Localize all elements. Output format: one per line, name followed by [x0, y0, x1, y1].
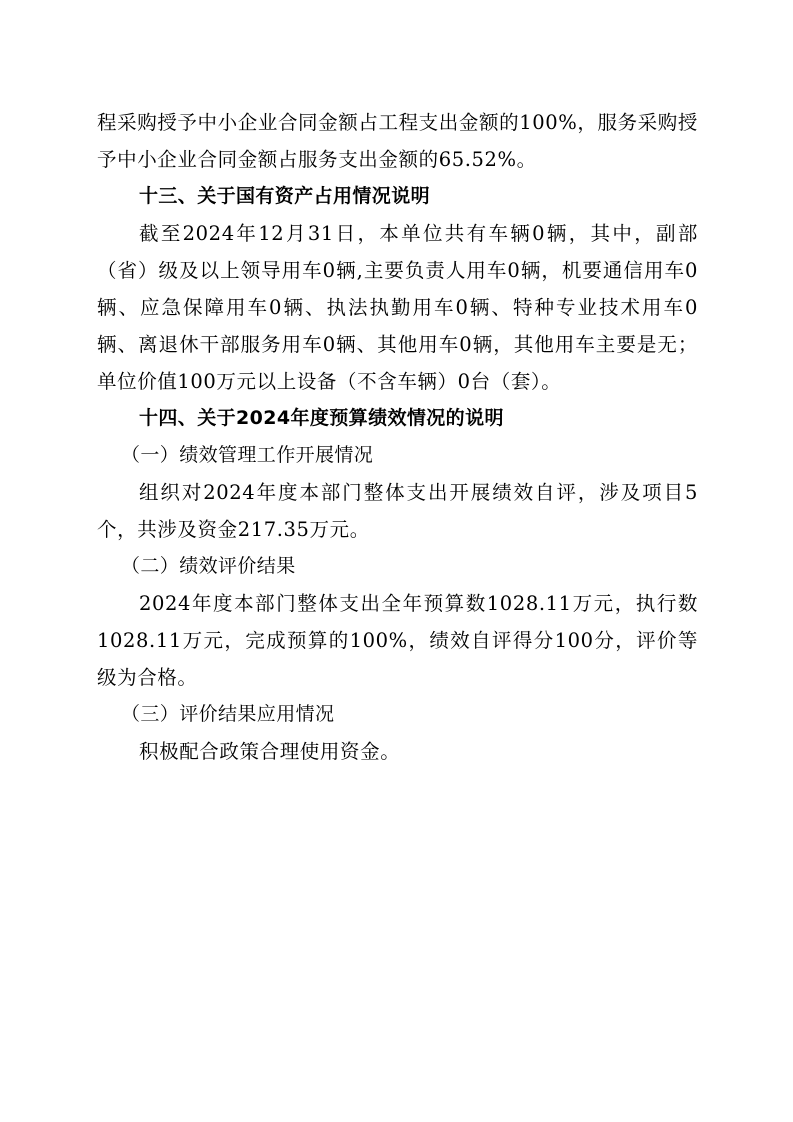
- paragraph-self-evaluation: 组织对2024年度本部门整体支出开展绩效自评，涉及项目5个，共涉及资金217.3…: [97, 474, 698, 548]
- paragraph-vehicles-equipment: 截至2024年12月31日，本单位共有车辆0辆，其中，副部（省）级及以上领导用车…: [97, 215, 698, 400]
- paragraph-budget-execution: 2024年度本部门整体支出全年预算数1028.11万元，执行数1028.11万元…: [97, 585, 698, 696]
- paragraph-fund-usage: 积极配合政策合理使用资金。: [97, 733, 698, 770]
- subheading-results-application: （三）评价结果应用情况: [97, 696, 698, 733]
- paragraph-procurement-continuation: 程采购授予中小企业合同金额占工程支出金额的100%，服务采购授予中小企业合同金额…: [97, 104, 698, 178]
- subheading-performance-management: （一）绩效管理工作开展情况: [97, 437, 698, 474]
- heading-budget-performance: 十四、关于2024年度预算绩效情况的说明: [97, 400, 698, 437]
- document-page: 程采购授予中小企业合同金额占工程支出金额的100%，服务采购授予中小企业合同金额…: [97, 104, 698, 770]
- subheading-evaluation-results: （二）绩效评价结果: [97, 548, 698, 585]
- heading-state-assets: 十三、关于国有资产占用情况说明: [97, 178, 698, 215]
